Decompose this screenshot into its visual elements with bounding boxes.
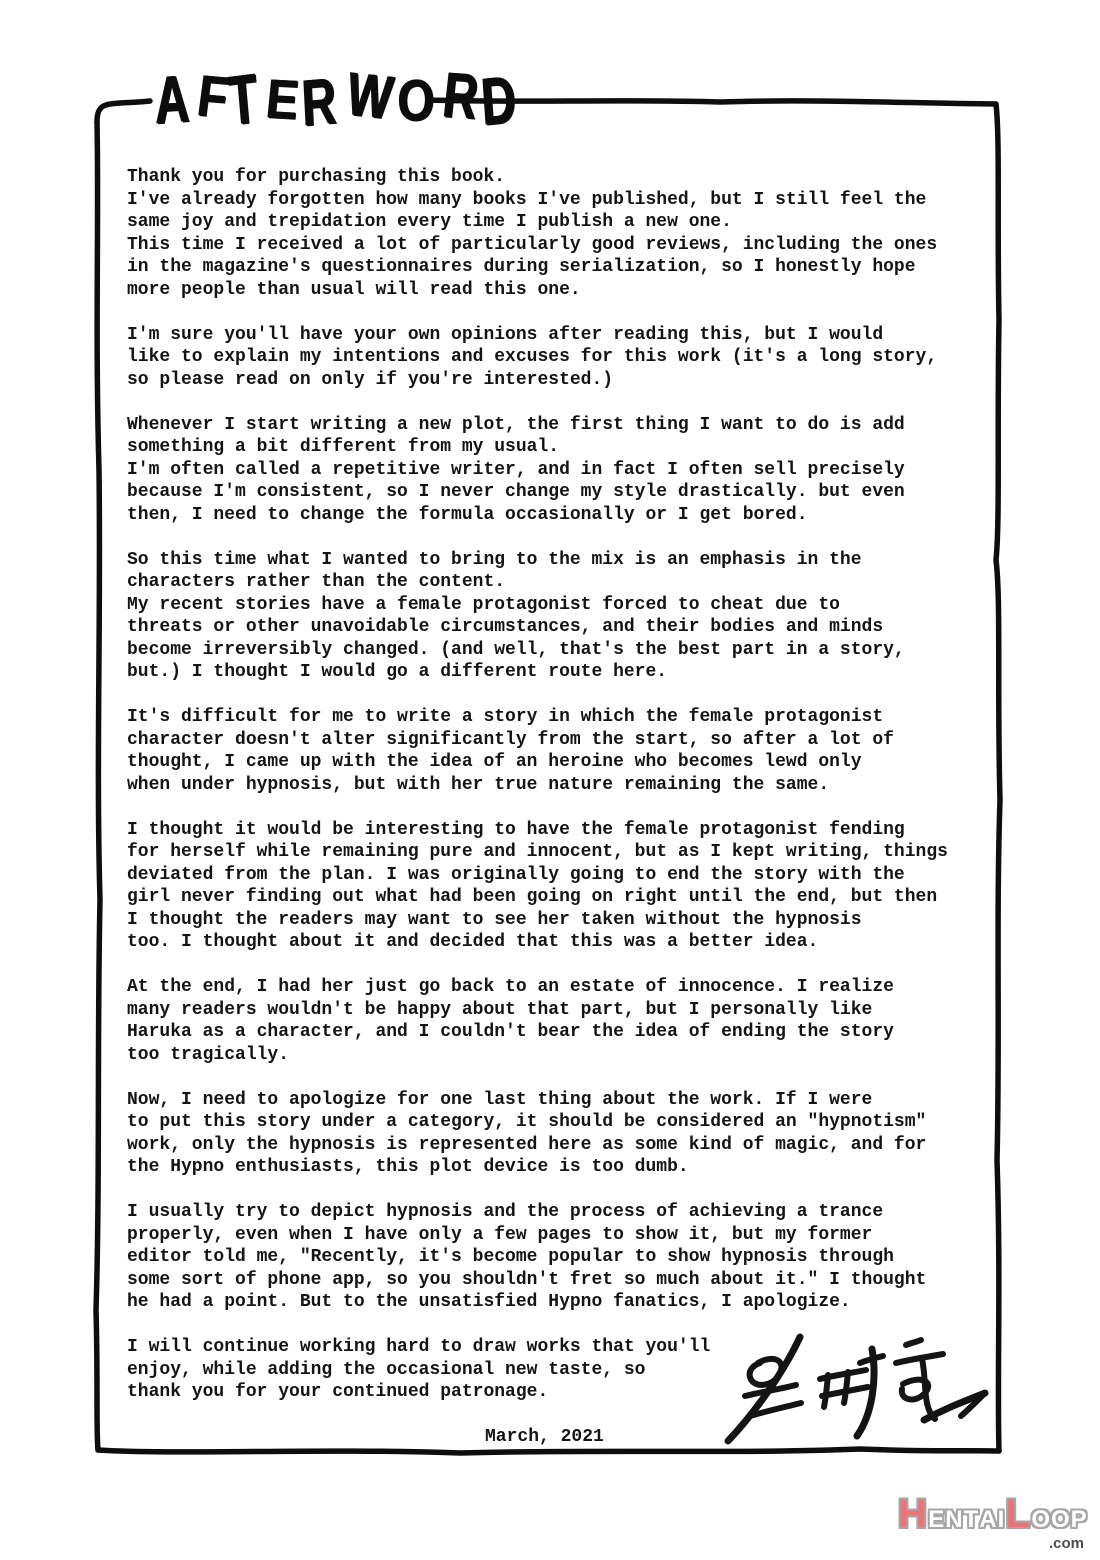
watermark-letter: I xyxy=(998,1508,1006,1532)
text-line: then, I need to change the formula occas… xyxy=(127,504,995,527)
text-line: Whenever I start writing a new plot, the… xyxy=(127,414,995,437)
text-line: some sort of phone app, so you shouldn't… xyxy=(127,1269,995,1292)
text-line: in the magazine's questionnaires during … xyxy=(127,256,995,279)
text-line: properly, even when I have only a few pa… xyxy=(127,1224,995,1247)
watermark-logo: HENTAILOOP xyxy=(898,1494,1088,1534)
text-line: more people than usual will read this on… xyxy=(127,279,995,302)
text-line: many readers wouldn't be happy about tha… xyxy=(127,999,995,1022)
text-line: Now, I need to apologize for one last th… xyxy=(127,1089,995,1112)
watermark-letter: A xyxy=(979,1508,997,1532)
text-line: It's difficult for me to write a story i… xyxy=(127,706,995,729)
watermark-letter: N xyxy=(945,1508,963,1532)
text-line: like to explain my intentions and excuse… xyxy=(127,346,995,369)
watermark-letter: E xyxy=(928,1508,945,1532)
text-line: for herself while remaining pure and inn… xyxy=(127,841,995,864)
text-line: Haruka as a character, and I couldn't be… xyxy=(127,1021,995,1044)
title-letter: O xyxy=(398,71,433,131)
paragraph: I usually try to depict hypnosis and the… xyxy=(127,1201,995,1314)
text-line: I'm sure you'll have your own opinions a… xyxy=(127,324,995,347)
text-line: This time I received a lot of particular… xyxy=(127,234,995,257)
text-line: something a bit different from my usual. xyxy=(127,436,995,459)
paragraph: Now, I need to apologize for one last th… xyxy=(127,1089,995,1179)
title-letter: R xyxy=(440,64,479,130)
title-letter: E xyxy=(264,72,299,128)
watermark-letter: O xyxy=(1031,1508,1051,1532)
watermark-letter: T xyxy=(964,1508,980,1532)
text-line: work, only the hypnosis is represented h… xyxy=(127,1134,995,1157)
title-letter: F xyxy=(195,67,229,127)
text-line: character doesn't alter significantly fr… xyxy=(127,729,995,752)
artist-signature xyxy=(700,1322,990,1454)
paragraph: It's difficult for me to write a story i… xyxy=(127,706,995,796)
text-line: the Hypno enthusiasts, this plot device … xyxy=(127,1156,995,1179)
watermark-tld: .com xyxy=(898,1536,1088,1551)
watermark-letter: L xyxy=(1006,1494,1031,1534)
paragraph: I'm sure you'll have your own opinions a… xyxy=(127,324,995,392)
text-line: At the end, I had her just go back to an… xyxy=(127,976,995,999)
paragraph: Whenever I start writing a new plot, the… xyxy=(127,414,995,527)
text-line: so please read on only if you're interes… xyxy=(127,369,995,392)
text-line: but.) I thought I would go a different r… xyxy=(127,661,995,684)
afterword-title: AFTERWORD xyxy=(152,70,520,160)
title-letter: R xyxy=(301,69,336,137)
text-line: I've already forgotten how many books I'… xyxy=(127,189,995,212)
text-line: same joy and trepidation every time I pu… xyxy=(127,211,995,234)
afterword-page: { "afterword": { "title": "AFTERWORD", "… xyxy=(0,0,1100,1560)
title-letter: T xyxy=(226,64,258,137)
text-line: he had a point. But to the unsatisfied H… xyxy=(127,1291,995,1314)
text-line: deviated from the plan. I was originally… xyxy=(127,864,995,887)
text-line: I thought the readers may want to see he… xyxy=(127,909,995,932)
paragraph: At the end, I had her just go back to an… xyxy=(127,976,995,1066)
text-line: Thank you for purchasing this book. xyxy=(127,166,995,189)
site-watermark: HENTAILOOP .com xyxy=(898,1494,1088,1551)
text-line: thought, I came up with the idea of an h… xyxy=(127,751,995,774)
text-line: girl never finding out what had been goi… xyxy=(127,886,995,909)
title-letter: W xyxy=(344,64,395,129)
text-line: I thought it would be interesting to hav… xyxy=(127,819,995,842)
text-line: too. I thought about it and decided that… xyxy=(127,931,995,954)
text-line: become irreversibly changed. (and well, … xyxy=(127,639,995,662)
text-line: editor told me, "Recently, it's become p… xyxy=(127,1246,995,1269)
text-line: characters rather than the content. xyxy=(127,571,995,594)
text-line: threats or other unavoidable circumstanc… xyxy=(127,616,995,639)
watermark-letter: O xyxy=(1051,1508,1071,1532)
text-line: I'm often called a repetitive writer, an… xyxy=(127,459,995,482)
paragraph: Thank you for purchasing this book.I've … xyxy=(127,166,995,301)
watermark-letter: P xyxy=(1071,1508,1088,1532)
body-text: Thank you for purchasing this book.I've … xyxy=(127,166,995,1449)
text-line: My recent stories have a female protagon… xyxy=(127,594,995,617)
text-line: So this time what I wanted to bring to t… xyxy=(127,549,995,572)
paragraph: So this time what I wanted to bring to t… xyxy=(127,549,995,684)
text-line: when under hypnosis, but with her true n… xyxy=(127,774,995,797)
paragraph: I thought it would be interesting to hav… xyxy=(127,819,995,954)
text-line: because I'm consistent, so I never chang… xyxy=(127,481,995,504)
text-line: too tragically. xyxy=(127,1044,995,1067)
text-line: I usually try to depict hypnosis and the… xyxy=(127,1201,995,1224)
title-letter: D xyxy=(480,66,516,136)
watermark-letter: H xyxy=(898,1494,928,1534)
text-line: to put this story under a category, it s… xyxy=(127,1111,995,1134)
title-letter: A xyxy=(154,66,188,135)
